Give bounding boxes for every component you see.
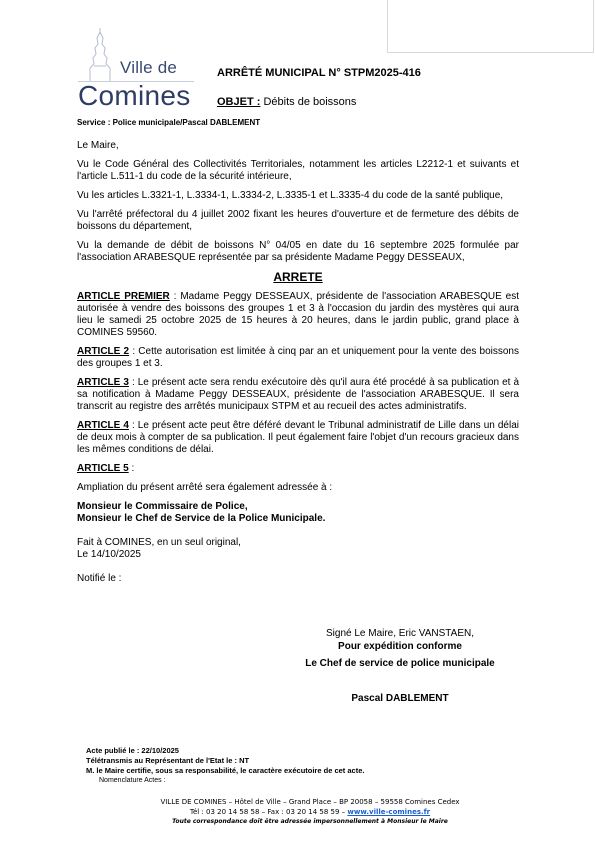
footer-note: Toute correspondance doit être adressée … [100,817,520,827]
ampliation-intro: Ampliation du présent arrêté sera égalem… [77,482,519,494]
signature-block: Signé Le Maire, Eric VANSTAEN, Pour expé… [270,627,530,705]
article-label: ARTICLE 5 [77,463,129,474]
vu-clause: Vu les articles L.3321-1, L.3334-1, L.33… [77,190,519,202]
date-line: Le 14/10/2025 [77,549,141,560]
footer-address: VILLE DE COMINES – Hôtel de Ville – Gran… [100,797,520,807]
decree-title: ARRÊTÉ MUNICIPAL N° STPM2025-416 [217,67,421,79]
object-value: Débits de boissons [260,96,356,108]
city-logo: Ville de Comines [78,26,198,110]
decree-body: Le Maire, Vu le Code Général des Collect… [77,140,519,592]
signature-name: Pascal DABLEMENT [270,692,530,705]
fait-line: Fait à COMINES, en un seul original, [77,537,241,548]
article-text: : Le présent acte sera rendu exécutoire … [77,377,519,412]
article-label: ARTICLE 4 [77,420,129,431]
article-1: ARTICLE PREMIER : Madame Peggy DESSEAUX,… [77,291,519,339]
notifie-line: Notifié le : [77,573,519,585]
object-label: OBJET : [217,96,260,108]
article-text: : Le présent acte peut être déféré devan… [77,420,519,455]
vu-clause: Vu la demande de débit de boissons N° 04… [77,240,519,264]
vu-clause: Vu l'arrêté préfectoral du 4 juillet 200… [77,209,519,233]
stamp-box [387,0,594,53]
maire-line: Le Maire, [77,140,519,152]
article-3: ARTICLE 3 : Le présent acte sera rendu e… [77,377,519,413]
article-2: ARTICLE 2 : Cette autorisation est limit… [77,346,519,370]
article-text: : [129,463,135,474]
teletransmis-line: Télétransmis au Représentant de l'Etat l… [86,756,364,766]
footer-contact: Tél : 03 20 14 58 58 – Fax : 03 20 14 58… [100,807,520,817]
article-text: : Cette autorisation est limitée à cinq … [77,346,519,369]
article-label: ARTICLE 3 [77,377,129,388]
publie-line: Acte publié le : 22/10/2025 [86,746,364,756]
footer-phone-fax: Tél : 03 20 14 58 58 – Fax : 03 20 14 58… [190,808,348,816]
fait-block: Fait à COMINES, en un seul original, Le … [77,537,519,561]
ampliation-recipients: Monsieur le Commissaire de Police, Monsi… [77,501,519,525]
decree-object: OBJET : Débits de boissons [217,96,356,108]
publication-info: Acte publié le : 22/10/2025 Télétransmis… [86,746,364,786]
article-label: ARTICLE 2 [77,346,129,357]
recipient: Monsieur le Chef de Service de la Police… [77,513,325,524]
service-line: Service : Police municipale/Pascal DABLE… [77,118,260,127]
logo-ville: Ville de [120,58,177,78]
arrete-heading: ARRETE [77,271,519,283]
article-4: ARTICLE 4 : Le présent acte peut être dé… [77,420,519,456]
signature-mayor: Signé Le Maire, Eric VANSTAEN, [270,627,530,640]
signature-conforme: Pour expédition conforme [270,640,530,653]
article-5: ARTICLE 5 : [77,463,519,475]
vu-clause: Vu le Code Général des Collectivités Ter… [77,159,519,183]
page-footer: VILLE DE COMINES – Hôtel de Ville – Gran… [100,797,520,827]
logo-comines: Comines [78,80,191,112]
certifie-line: M. le Maire certifie, sous sa responsabi… [86,766,364,776]
article-label: ARTICLE PREMIER [77,291,170,302]
church-spire-icon [80,26,120,82]
website-link[interactable]: www.ville-comines.fr [347,808,430,816]
nomenclature-line: Nomenclature Actes : [86,776,364,786]
recipient: Monsieur le Commissaire de Police, [77,501,248,512]
signature-role: Le Chef de service de police municipale [270,657,530,670]
